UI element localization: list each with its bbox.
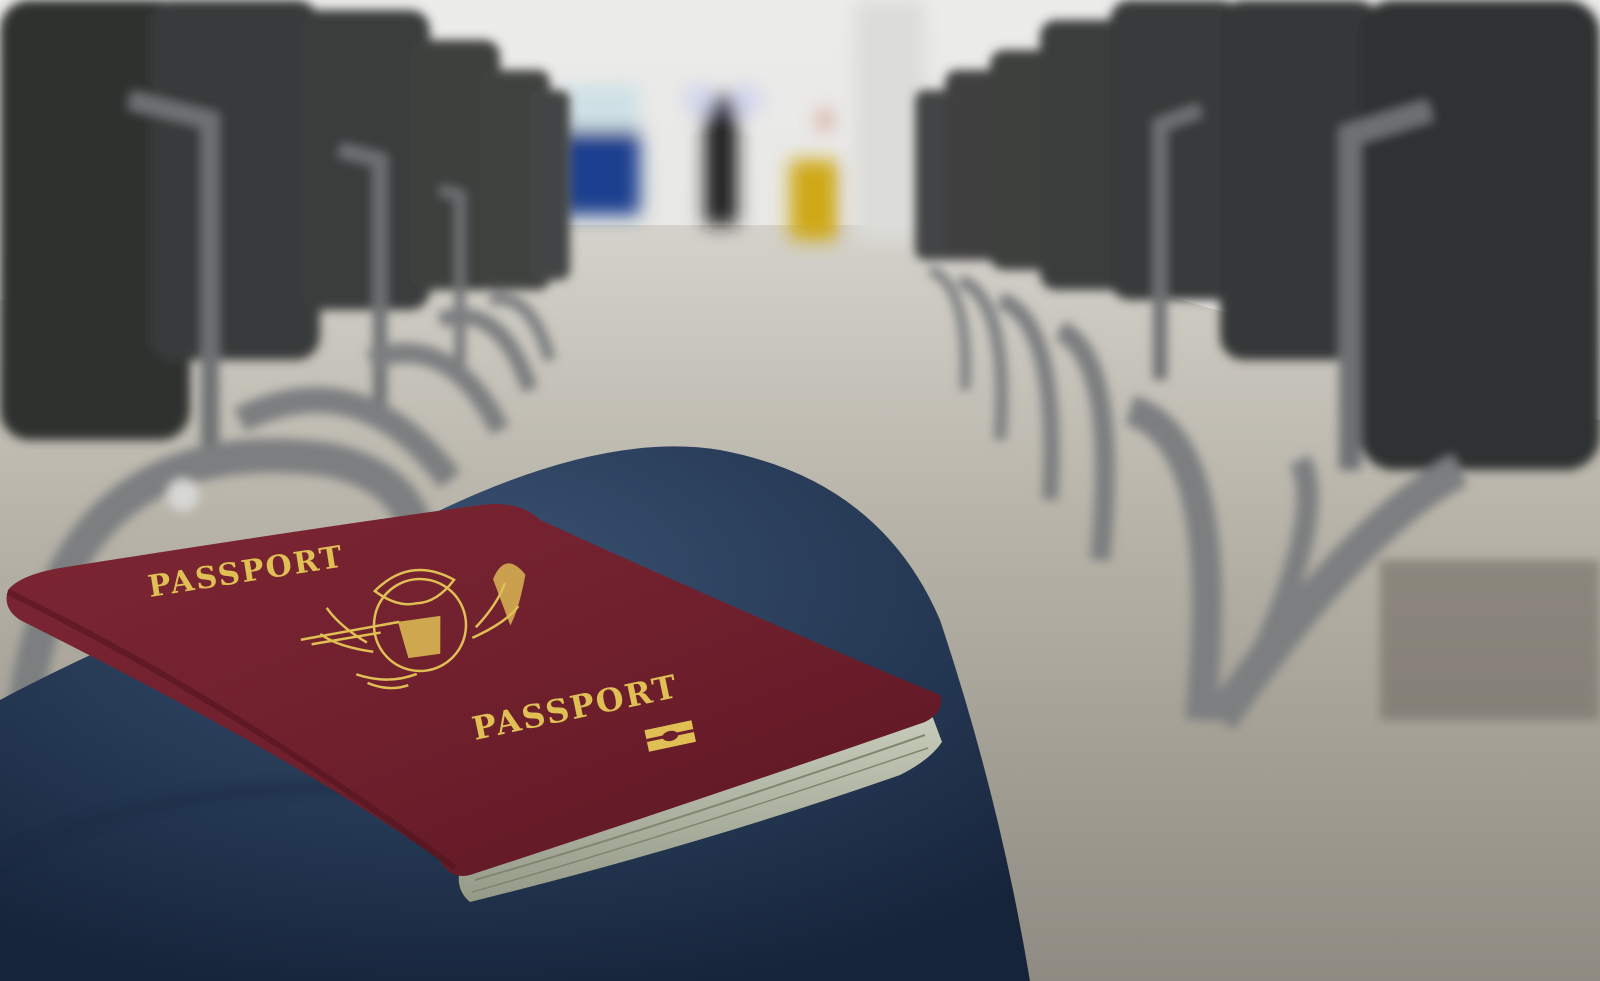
yellow-cart	[790, 160, 838, 240]
distant-person	[705, 95, 737, 225]
blue-sign	[560, 130, 640, 215]
scene-illustration: PASSPORT PASSPORT	[0, 0, 1600, 981]
photo-scene: PASSPORT PASSPORT	[0, 0, 1600, 981]
